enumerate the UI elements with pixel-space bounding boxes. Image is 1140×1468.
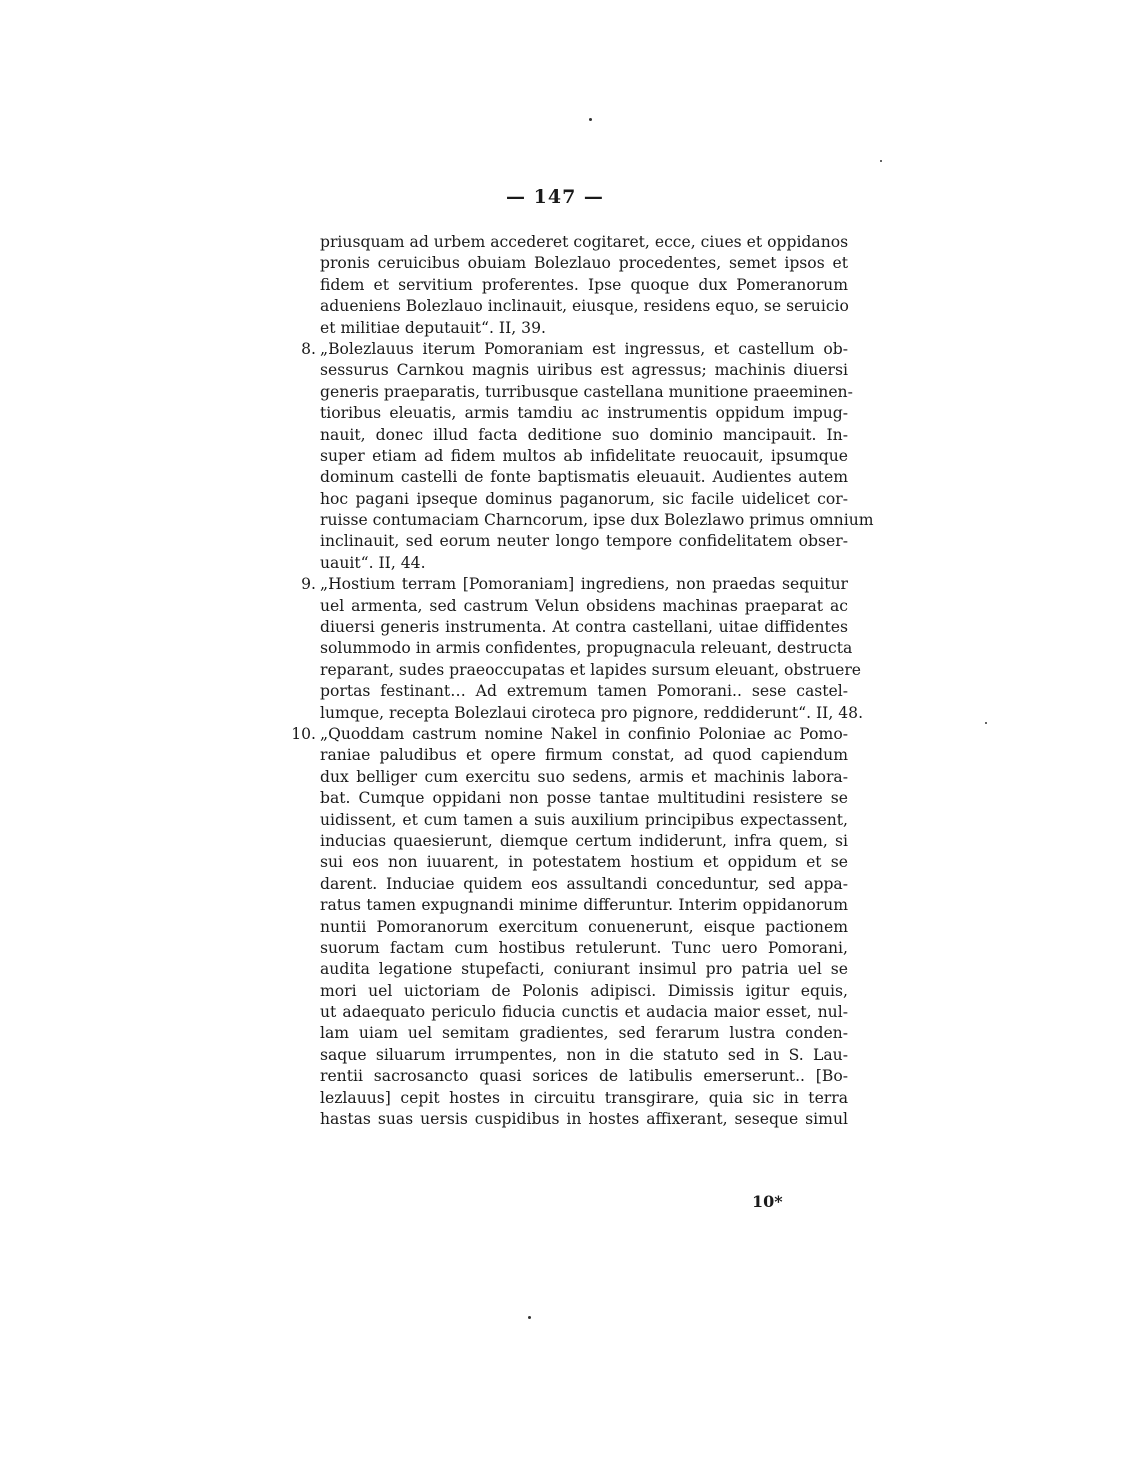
text-line: saque siluarum irrumpentes, non in die s… <box>320 1045 848 1066</box>
text-line: nauit, donec illud facta deditione suo d… <box>320 425 848 446</box>
scan-speck <box>880 160 882 162</box>
text-line: „Bolezlauus iterum Pomoraniam est ingres… <box>320 339 848 360</box>
numbered-item-10: 10. „Quoddam castrum nomine Nakel in con… <box>320 724 848 1130</box>
signature-mark: 10* <box>752 1192 783 1211</box>
text-line: bat. Cumque oppidani non posse tantae mu… <box>320 788 848 809</box>
text-line: inclinauit, sed eorum neuter longo tempo… <box>320 531 848 552</box>
text-line: super etiam ad fidem multos ab infidelit… <box>320 446 848 467</box>
text-line: lumque, recepta Bolezlaui ciroteca pro p… <box>320 703 848 724</box>
text-line: reparant, sudes praeoccupatas et lapides… <box>320 660 848 681</box>
text-line: rentii sacrosancto quasi sorices de lati… <box>320 1066 848 1087</box>
text-line: tioribus eleuatis, armis tamdiu ac instr… <box>320 403 848 424</box>
text-line: dominum castelli de fonte baptismatis el… <box>320 467 848 488</box>
text-line: generis praeparatis, turribusque castell… <box>320 382 848 403</box>
numbered-item-8: 8. „Bolezlauus iterum Pomoraniam est ing… <box>320 339 848 574</box>
body-text: priusquam ad urbem accederet cogitaret, … <box>320 232 848 1130</box>
text-line: „Hostium terram [Pomoraniam] ingrediens,… <box>320 574 848 595</box>
item-number: 9. <box>292 574 316 595</box>
text-line: priusquam ad urbem accederet cogitaret, … <box>320 232 848 253</box>
text-line: sui eos non iuuarent, in potestatem host… <box>320 852 848 873</box>
intro-paragraph: priusquam ad urbem accederet cogitaret, … <box>320 232 848 339</box>
numbered-item-9: 9. „Hostium terram [Pomoraniam] ingredie… <box>320 574 848 724</box>
item-number: 8. <box>292 339 316 360</box>
text-line: ruisse contumaciam Charncorum, ipse dux … <box>320 510 848 531</box>
text-line: lezlauus] cepit hostes in circuitu trans… <box>320 1088 848 1109</box>
text-line: uauit“. II, 44. <box>320 553 848 574</box>
scan-speck <box>528 1316 531 1319</box>
text-line: ut adaequato periculo fiducia cunctis et… <box>320 1002 848 1023</box>
text-line: „Quoddam castrum nomine Nakel in confini… <box>320 724 848 745</box>
text-line: lam uiam uel semitam gradientes, sed fer… <box>320 1023 848 1044</box>
text-line: sessurus Carnkou magnis uiribus est agre… <box>320 360 848 381</box>
text-line: dux belliger cum exercitu suo sedens, ar… <box>320 767 848 788</box>
text-line: portas festinant… Ad extremum tamen Pomo… <box>320 681 848 702</box>
text-line: diuersi generis instrumenta. At contra c… <box>320 617 848 638</box>
text-line: hoc pagani ipseque dominus paganorum, si… <box>320 489 848 510</box>
text-line: inducias quaesierunt, diemque certum ind… <box>320 831 848 852</box>
text-line: solummodo in armis confidentes, propugna… <box>320 638 848 659</box>
text-line: audita legatione stupefacti, coniurant i… <box>320 959 848 980</box>
scan-speck <box>985 722 987 724</box>
text-line: suorum factam cum hostibus retulerunt. T… <box>320 938 848 959</box>
text-line: adueniens Bolezlauo inclinauit, eiusque,… <box>320 296 848 317</box>
text-line: fidem et servitium proferentes. Ipse quo… <box>320 275 848 296</box>
text-line: uidissent, et cum tamen a suis auxilium … <box>320 810 848 831</box>
text-line: et militiae deputauit“. II, 39. <box>320 318 848 339</box>
text-line: darent. Induciae quidem eos assultandi c… <box>320 874 848 895</box>
text-line: uel armenta, sed castrum Velun obsidens … <box>320 596 848 617</box>
text-line: hastas suas uersis cuspidibus in hostes … <box>320 1109 848 1130</box>
text-line: pronis ceruicibus obuiam Bolezlauo proce… <box>320 253 848 274</box>
text-line: nuntii Pomoranorum exercitum conuenerunt… <box>320 917 848 938</box>
text-line: raniae paludibus et opere firmum constat… <box>320 745 848 766</box>
scan-speck <box>589 118 592 121</box>
text-line: mori uel uictoriam de Polonis adipisci. … <box>320 981 848 1002</box>
text-line: ratus tamen expugnandi minime differuntu… <box>320 895 848 916</box>
page-number: — 147 — <box>0 186 1110 208</box>
item-number: 10. <box>284 724 316 745</box>
